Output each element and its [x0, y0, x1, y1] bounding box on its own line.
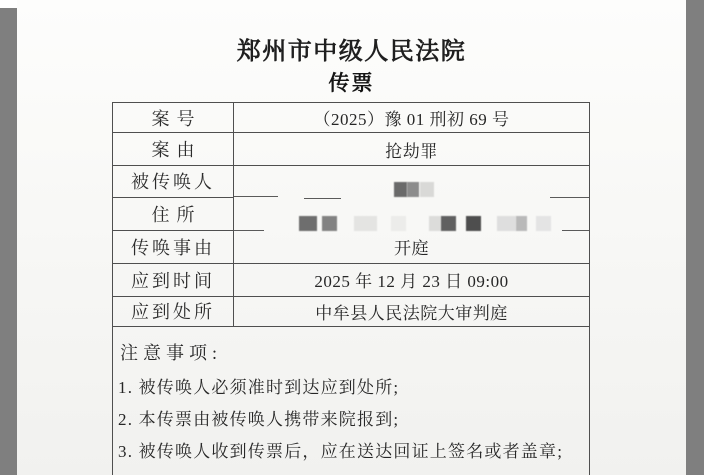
summons-reason-row: 传唤事由 开庭 [113, 231, 589, 264]
note-item-1: 1. 被传唤人必须准时到达应到处所; [118, 379, 581, 396]
appear-place-label: 应到处所 [113, 297, 234, 326]
border-remnant [234, 196, 278, 197]
court-name: 郑州市中级人民法院 [17, 31, 686, 66]
summoned-person-value [234, 166, 589, 197]
appear-time-label: 应到时间 [113, 264, 234, 296]
photo-edge-left [0, 0, 17, 475]
summons-table: 案号 （2025）豫 01 刑初 69 号 案由 抢劫罪 被传唤人 住所 [112, 102, 590, 475]
appear-place-row: 应到处所 中牟县人民法院大审判庭 [113, 297, 589, 327]
address-row: 住所 [113, 198, 589, 231]
case-number-label: 案号 [113, 103, 234, 132]
redaction-name [234, 182, 589, 197]
summoned-person-label: 被传唤人 [113, 166, 234, 197]
photo-edge-notch [0, 0, 17, 8]
appear-place-value: 中牟县人民法院大审判庭 [234, 297, 589, 326]
cause-row: 案由 抢劫罪 [113, 133, 589, 166]
summons-reason-value: 开庭 [234, 231, 589, 263]
document-title: 传票 [17, 67, 686, 97]
address-label: 住所 [113, 198, 234, 231]
appear-time-row: 应到时间 2025 年 12 月 23 日 09:00 [113, 264, 589, 297]
case-number-value: （2025）豫 01 刑初 69 号 [234, 103, 589, 132]
case-number-row: 案号 （2025）豫 01 刑初 69 号 [113, 103, 589, 133]
cause-label: 案由 [113, 133, 234, 165]
address-value [234, 198, 589, 231]
appear-time-value: 2025 年 12 月 23 日 09:00 [234, 264, 589, 296]
notes-section: 注意事项: 1. 被传唤人必须准时到达应到处所; 2. 本传票由被传唤人携带来院… [113, 327, 589, 475]
summons-photo: 郑州市中级人民法院 传票 案号 （2025）豫 01 刑初 69 号 案由 抢劫… [0, 0, 704, 475]
notes-heading: 注意事项: [120, 339, 581, 365]
photo-edge-right [686, 0, 704, 475]
summoned-person-row: 被传唤人 [113, 166, 589, 197]
redaction-address [234, 216, 589, 231]
note-item-2: 2. 本传票由被传唤人携带来院报到; [118, 411, 581, 428]
cause-value: 抢劫罪 [234, 133, 589, 165]
note-item-3: 3. 被传唤人收到传票后，应在送达回证上签名或者盖章; [118, 443, 581, 460]
summons-reason-label: 传唤事由 [113, 231, 234, 263]
